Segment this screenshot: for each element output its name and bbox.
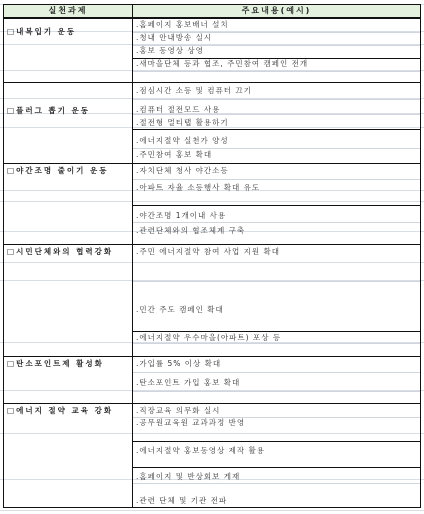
content-item: .홈페이지 및 반상회보 게재 xyxy=(136,471,240,483)
tasks-table: 실천과제 주요내용(예시) □내복입기 운동 .홈페이지 홍보배너 설치 .청내… xyxy=(3,4,421,508)
task-label: □플러그 뽑기 운동 xyxy=(7,105,129,116)
column-divider xyxy=(132,5,133,507)
row-line xyxy=(133,114,420,115)
row-line xyxy=(133,343,420,344)
gridline xyxy=(0,510,424,511)
content-item: .청내 안내방송 실시 xyxy=(136,32,212,44)
row-border xyxy=(133,467,420,468)
content-item: .아파트 자율 소등행사 확대 유도 xyxy=(136,182,260,194)
section-border xyxy=(4,403,420,404)
row-line xyxy=(133,372,420,373)
row-line xyxy=(133,179,420,180)
content-item: .절전형 멀티탭 활용하기 xyxy=(136,117,229,129)
task-label: □에너지 절약 교육 강화 xyxy=(7,405,129,416)
content-item: .관련단체와의 협조체계 구축 xyxy=(136,225,245,237)
task-label: □시민단체와의 협력강화 xyxy=(7,246,129,257)
task-label: □탄소포인트제 활성화 xyxy=(7,358,129,369)
section-border xyxy=(4,163,420,164)
content-item: .주민 에너지절약 참여 사업 지원 확대 xyxy=(136,246,280,258)
row-line xyxy=(133,99,420,100)
content-item: .자치단체 청사 야간소등 xyxy=(136,165,229,177)
row-border xyxy=(133,129,420,130)
content-item: .직장교육 의무화 실시 xyxy=(136,405,220,417)
content-item: .에너지절약 홍보동영상 제작 활용 xyxy=(136,445,265,457)
row-border xyxy=(133,441,420,442)
table-header: 실천과제 주요내용(예시) xyxy=(4,5,420,19)
section-border xyxy=(4,356,420,357)
header-content: 주요내용(예시) xyxy=(133,5,420,17)
content-item: .민간 주도 캠페인 확대 xyxy=(136,304,224,316)
header-task: 실천과제 xyxy=(4,5,132,17)
row-line xyxy=(133,391,420,392)
content-item: .탄소포인트 가입 홍보 확대 xyxy=(136,377,240,389)
content-item: .에너지절약 실천가 양성 xyxy=(136,135,229,147)
row-line xyxy=(133,483,420,484)
task-label: □야간조명 줄이기 운동 xyxy=(7,165,129,176)
row-line xyxy=(133,281,420,282)
content-item: .가입률 5% 이상 확대 xyxy=(136,358,221,370)
row-line xyxy=(133,71,420,72)
content-item: .새마을단체 등과 협조, 주민참여 캠페인 전개 xyxy=(136,58,308,70)
row-line xyxy=(133,222,420,223)
content-item: .홈페이지 홍보배너 설치 xyxy=(136,19,229,31)
content-item: .공무원교육원 교과과정 반영 xyxy=(136,417,245,429)
content-item: .점심시간 소등 및 컴퓨터 끄기 xyxy=(136,85,252,97)
section-border xyxy=(4,244,420,245)
content-item: .관련 단체 및 기관 전파 xyxy=(136,495,227,507)
content-item: .야간조명 1개이내 사용 xyxy=(136,210,226,222)
task-label: □내복입기 운동 xyxy=(7,26,129,37)
section-border xyxy=(4,82,420,83)
row-border xyxy=(133,205,420,206)
content-item: .주민참여 홍보 확대 xyxy=(136,149,212,161)
content-item: .홍보 동영상 상영 xyxy=(136,45,204,57)
